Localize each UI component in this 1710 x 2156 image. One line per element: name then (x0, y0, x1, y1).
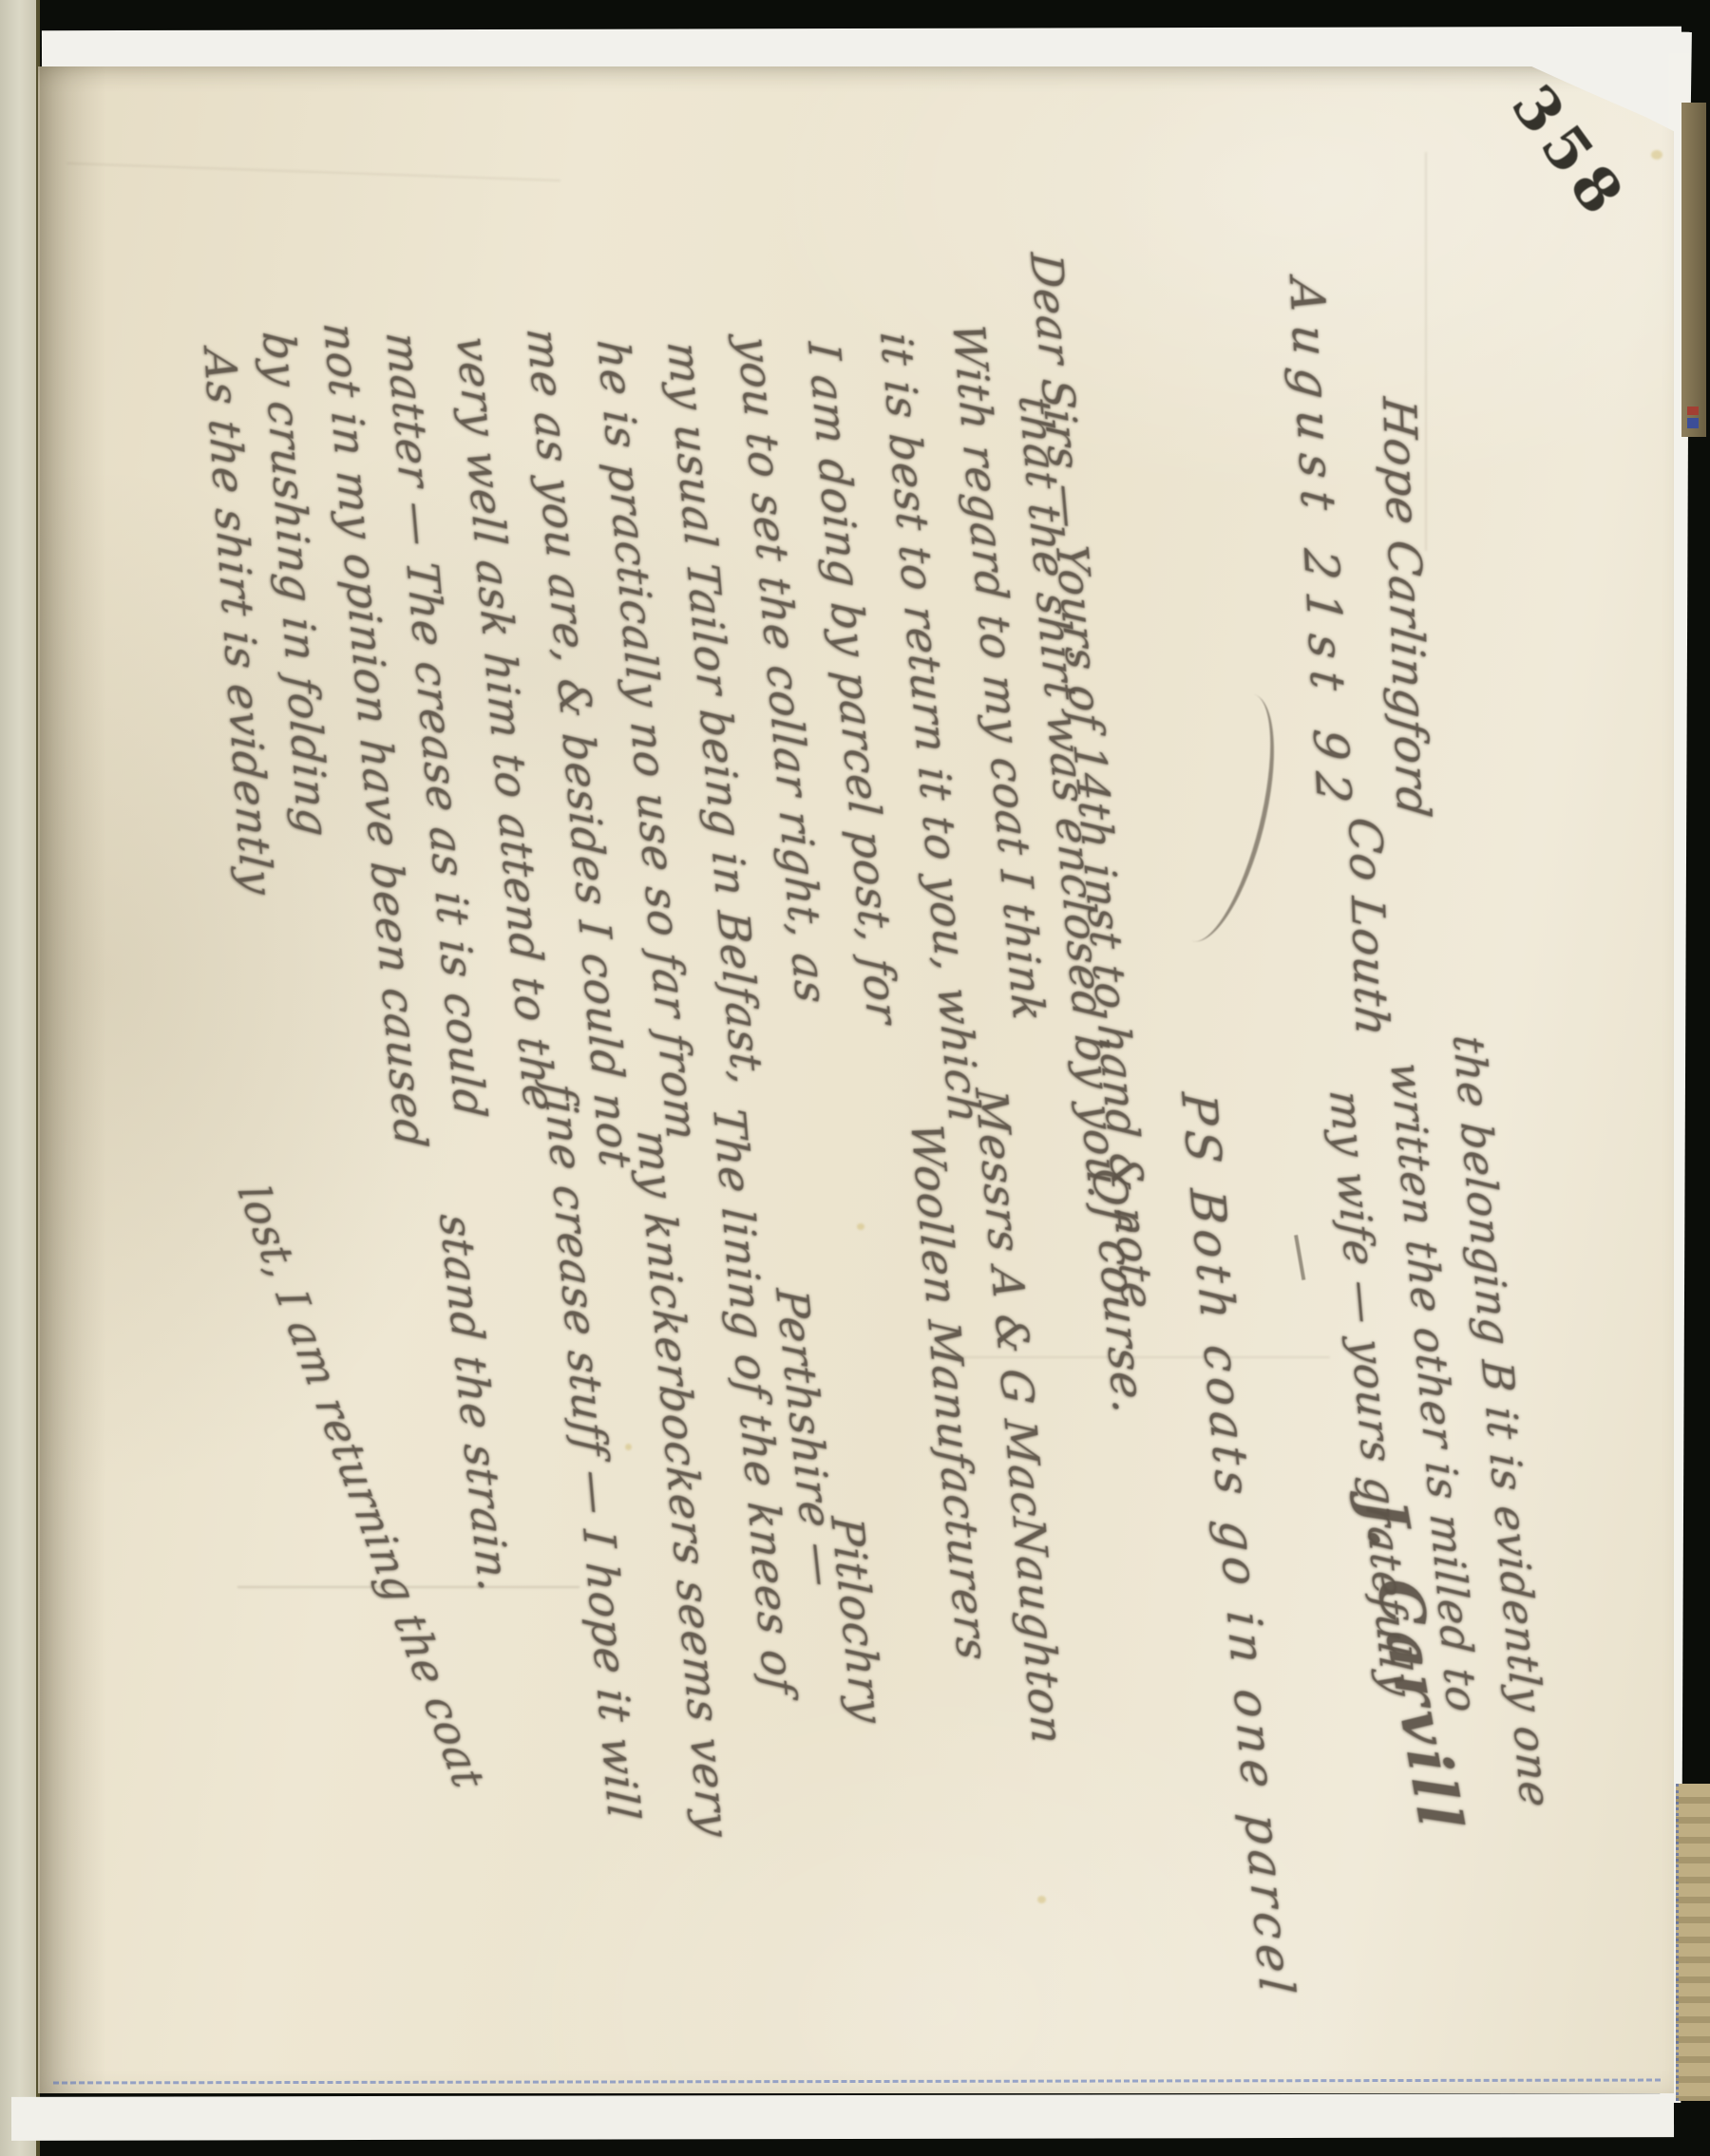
page-stack-edge-top (1681, 103, 1706, 437)
paper-stain (1037, 1896, 1046, 1903)
gutter-shadow (40, 66, 106, 2093)
page-stack-edge-bottom (1676, 1784, 1710, 2101)
paper-stain (857, 1223, 864, 1230)
paper-stain (1651, 150, 1662, 160)
handwritten-line: Co Louth (1338, 817, 1398, 1038)
book-spine-cloth (0, 0, 40, 2156)
handwritten-text: Co Louth (1338, 815, 1398, 1040)
binding-thread-blue (1687, 418, 1699, 428)
under-page-edge-bottom (11, 2093, 1674, 2141)
paper-stain (625, 1444, 632, 1450)
scanned-letterbook-page: 358 Hope CarlingfordCo LouthAugust 21st … (0, 0, 1710, 2156)
binding-thread-red (1687, 407, 1699, 415)
